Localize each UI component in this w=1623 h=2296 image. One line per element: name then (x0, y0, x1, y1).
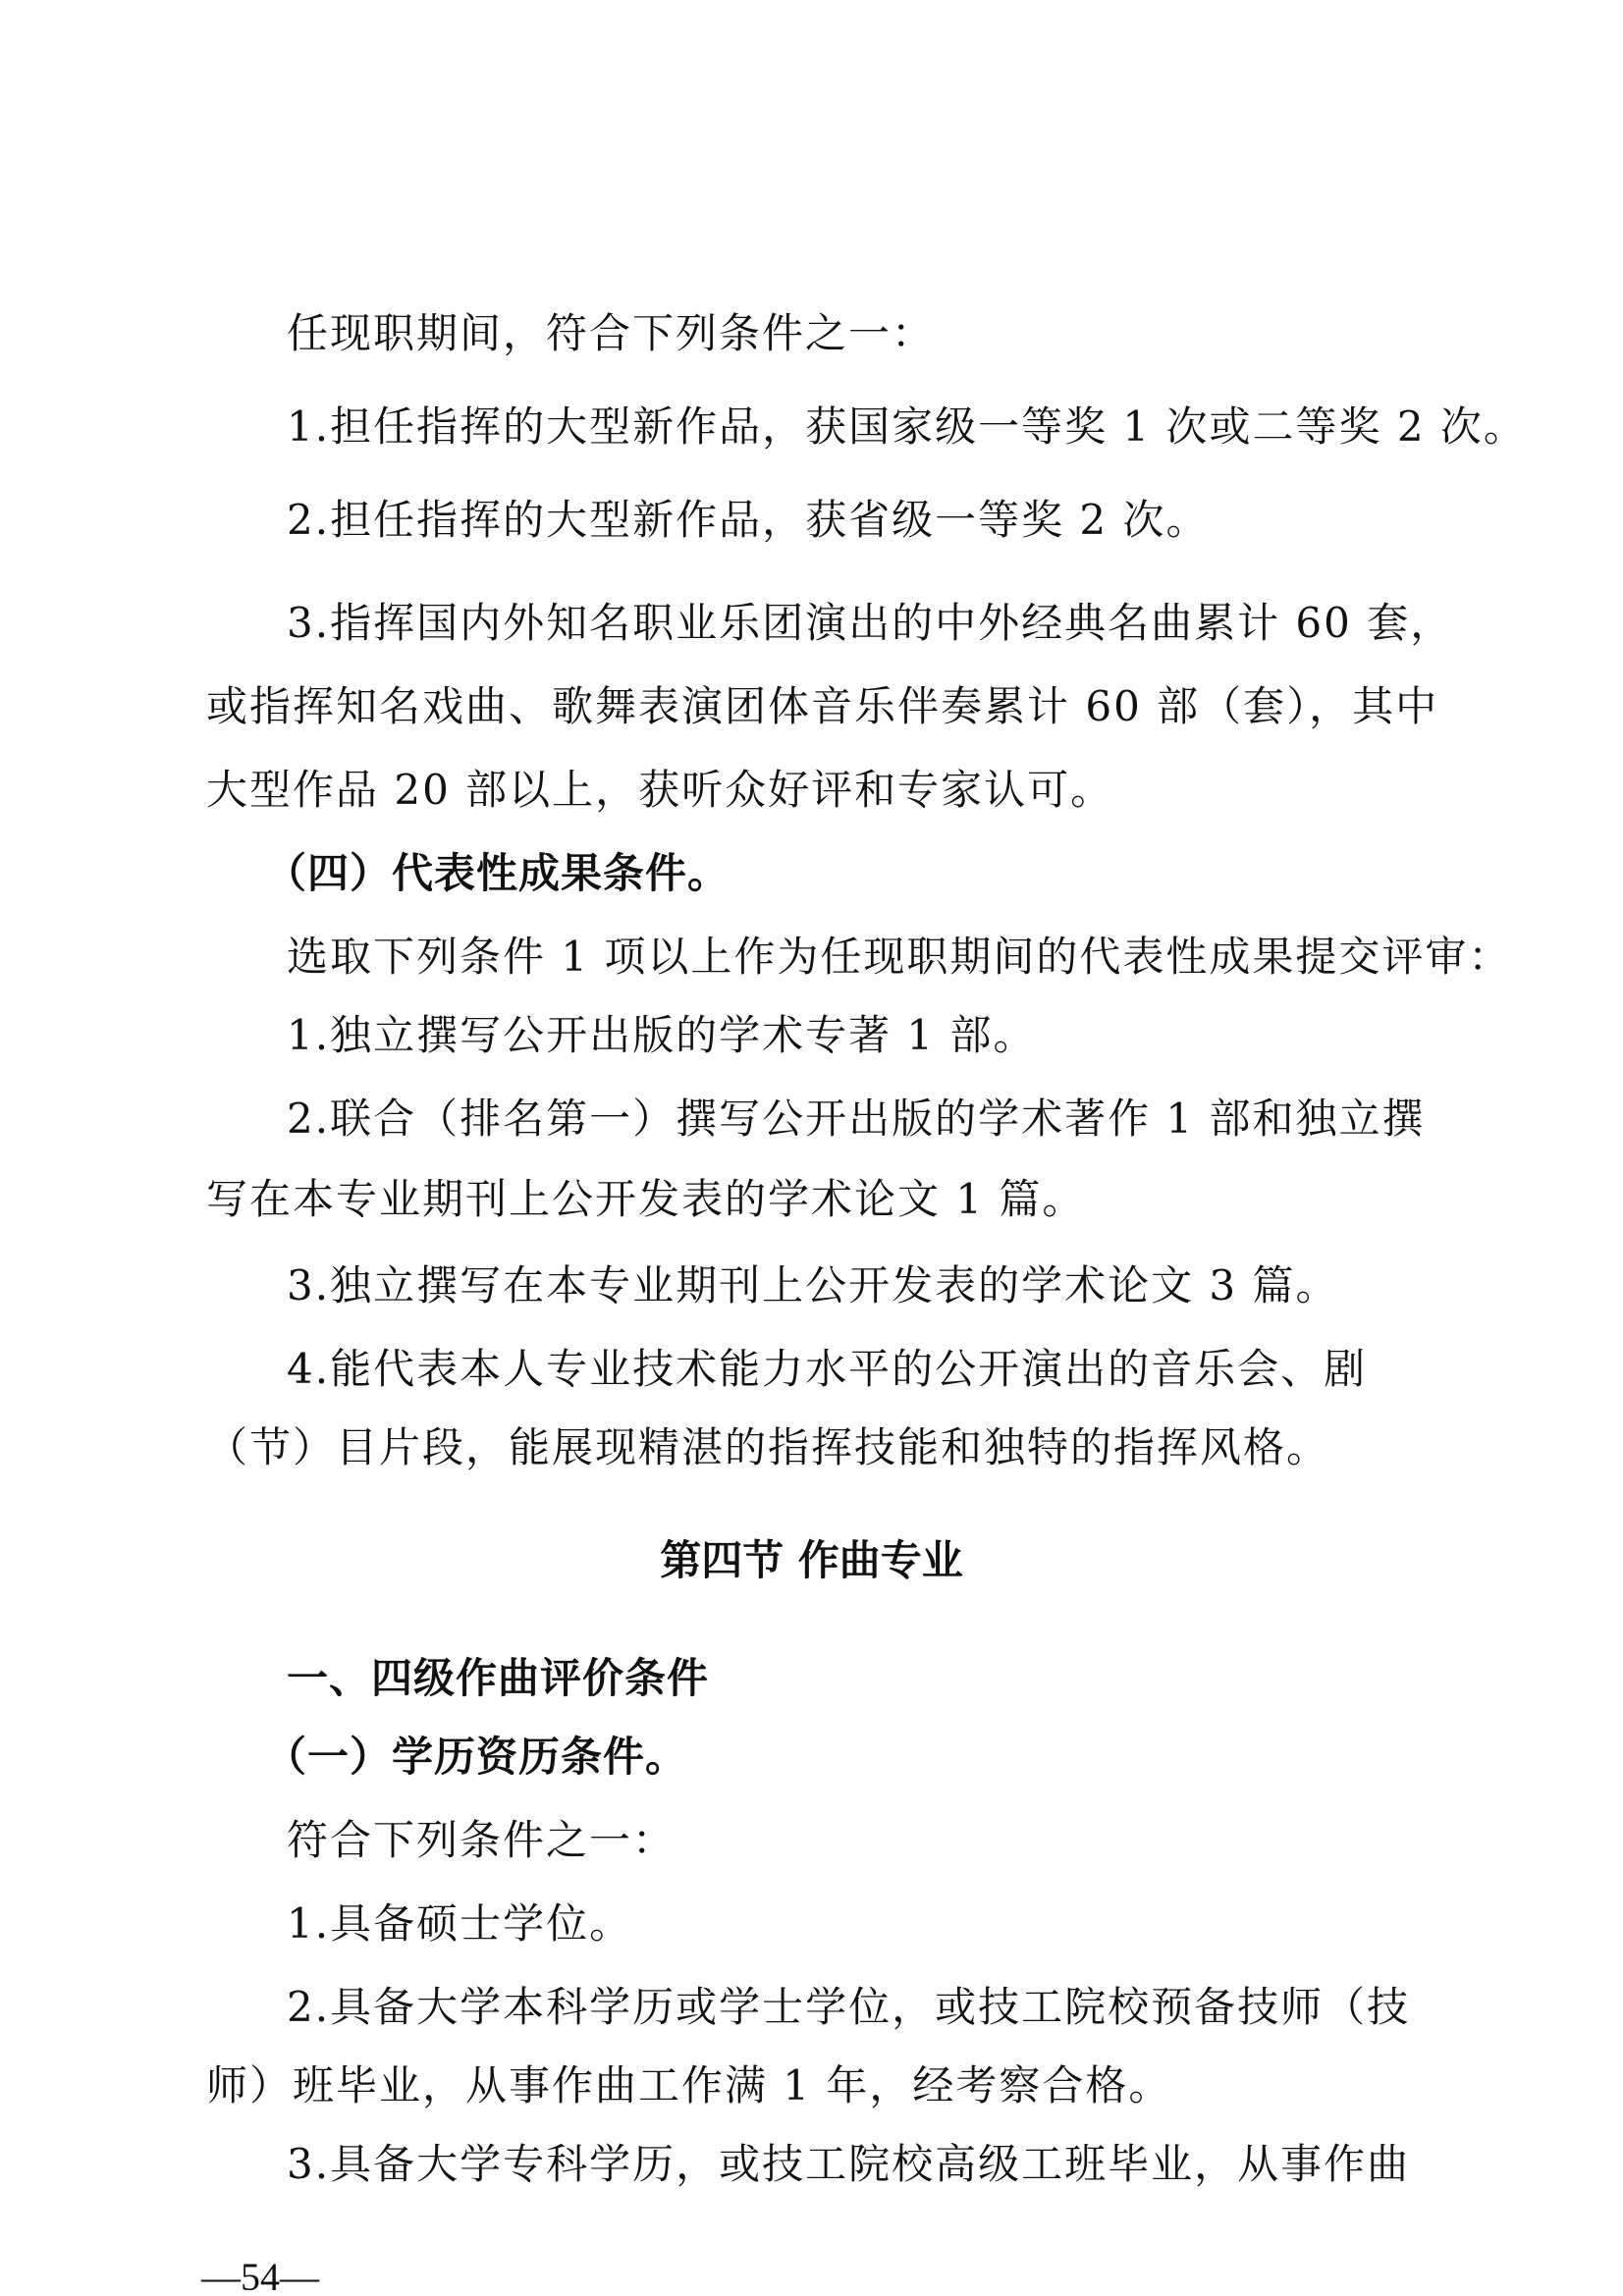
rep-item-3: 3.独立撰写在本专业期刊上公开发表的学术论文 3 篇。 (287, 1256, 1504, 1315)
level-heading: 一、四级作曲评价条件 (287, 1649, 1504, 1708)
page-number: —54— (201, 2253, 319, 2296)
section-title: 第四节 作曲专业 (0, 1531, 1623, 1590)
paragraph-rep-intro: 选取下列条件 1 项以上作为任现职期间的代表性成果提交评审： (287, 928, 1504, 987)
edu-item-1: 1.具备硕士学位。 (287, 1895, 1504, 1953)
rep-item-1: 1.独立撰写公开出版的学术专著 1 部。 (287, 1006, 1504, 1065)
paragraph-edu-intro: 符合下列条件之一： (287, 1811, 1504, 1870)
sub-heading-education: （一）学历资历条件。 (265, 1728, 1483, 1787)
list-item-3-line-2: 或指挥知名戏曲、歌舞表演团体音乐伴奏累计 60 部（套），其中 (206, 677, 1424, 736)
edu-item-2-line-1: 2.具备大学本科学历或学士学位，或技工院校预备技师（技 (287, 1978, 1504, 2037)
edu-item-3-line-1: 3.具备大学专科学历，或技工院校高级工班毕业，从事作曲 (287, 2135, 1504, 2194)
rep-item-2-line-1: 2.联合（排名第一）撰写公开出版的学术著作 1 部和独立撰 (287, 1090, 1504, 1148)
document-page: 任现职期间，符合下列条件之一： 1.担任指挥的大型新作品，获国家级一等奖 1 次… (0, 0, 1623, 2296)
rep-item-4-line-2: （节）目片段，能展现精湛的指挥技能和独特的指挥风格。 (206, 1418, 1424, 1477)
paragraph-intro: 任现职期间，符合下列条件之一： (287, 304, 1504, 363)
rep-item-4-line-1: 4.能代表本人专业技术能力水平的公开演出的音乐会、剧 (287, 1340, 1504, 1399)
list-item-2: 2.担任指挥的大型新作品，获省级一等奖 2 次。 (287, 491, 1504, 550)
list-item-3-line-1: 3.指挥国内外知名职业乐团演出的中外经典名曲累计 60 套， (287, 594, 1504, 653)
rep-item-2-line-2: 写在本专业期刊上公开发表的学术论文 1 篇。 (206, 1170, 1424, 1229)
list-item-1: 1.担任指挥的大型新作品，获国家级一等奖 1 次或二等奖 2 次。 (287, 398, 1504, 456)
list-item-3-line-3: 大型作品 20 部以上，获听众好评和专家认可。 (206, 761, 1424, 820)
edu-item-2-line-2: 师）班毕业，从事作曲工作满 1 年，经考察合格。 (206, 2056, 1424, 2115)
heading-representative-achievements: （四）代表性成果条件。 (265, 844, 1483, 903)
